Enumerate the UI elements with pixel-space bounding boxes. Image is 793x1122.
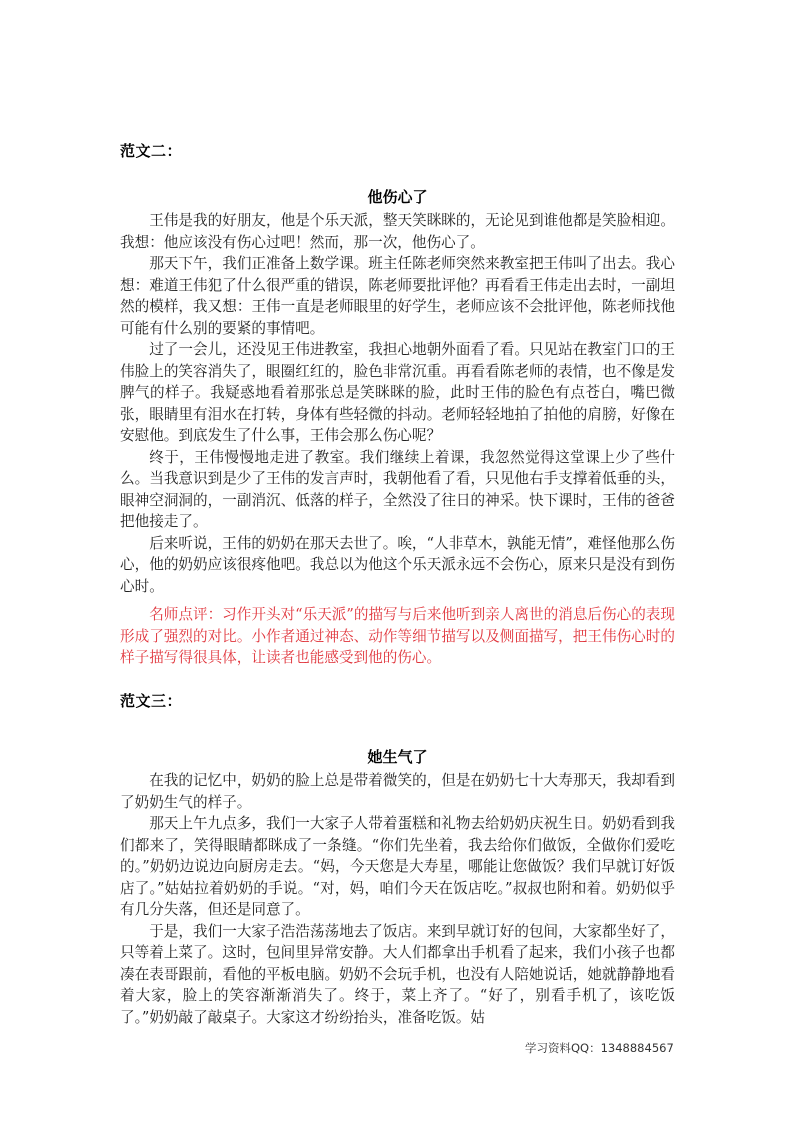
section-label-2: 范文二： xyxy=(120,140,182,161)
essay-body-3: 在我的记忆中，奶奶的脸上总是带着微笑的，但是在奶奶七十大寿那天，我却看到了奶奶生… xyxy=(120,770,675,1028)
essay-body-2: 王伟是我的好朋友，他是个乐天派，整天笑眯眯的，无论见到谁他都是笑脸相迎。我想：他… xyxy=(120,210,675,597)
section-label-3: 范文三： xyxy=(120,690,182,711)
paragraph: 终于，王伟慢慢地走进了教室。我们继续上着课，我忽然觉得这堂课上少了些什么。当我意… xyxy=(120,447,675,533)
paragraph: 那天下午，我们正准备上数学课。班主任陈老师突然来教室把王伟叫了出去。我心想：难道… xyxy=(120,253,675,339)
paragraph: 过了一会儿，还没见王伟进教室，我担心地朝外面看了看。只见站在教室门口的王伟脸上的… xyxy=(120,339,675,447)
essay-title-3: 她生气了 xyxy=(120,746,675,767)
paragraph: 于是，我们一大家子浩浩荡荡地去了饭店。来到早就订好的包间，大家都坐好了，只等着上… xyxy=(120,921,675,1029)
paragraph: 王伟是我的好朋友，他是个乐天派，整天笑眯眯的，无论见到谁他都是笑脸相迎。我想：他… xyxy=(120,210,675,253)
footer-contact: 学习资料QQ：1348884567 xyxy=(525,1040,674,1056)
paragraph: 在我的记忆中，奶奶的脸上总是带着微笑的，但是在奶奶七十大寿那天，我却看到了奶奶生… xyxy=(120,770,675,813)
paragraph: 那天上午九点多，我们一大家子人带着蛋糕和礼物去给奶奶庆祝生日。奶奶看到我们都来了… xyxy=(120,813,675,921)
teacher-comment: 名师点评：习作开头对“乐天派”的描写与后来他听到亲人离世的消息后伤心的表现形成了… xyxy=(120,604,675,669)
essay-title-2: 他伤心了 xyxy=(120,186,675,207)
paragraph: 后来听说，王伟的奶奶在那天去世了。唉，“人非草木，孰能无情”，难怪他那么伤心，他… xyxy=(120,533,675,598)
